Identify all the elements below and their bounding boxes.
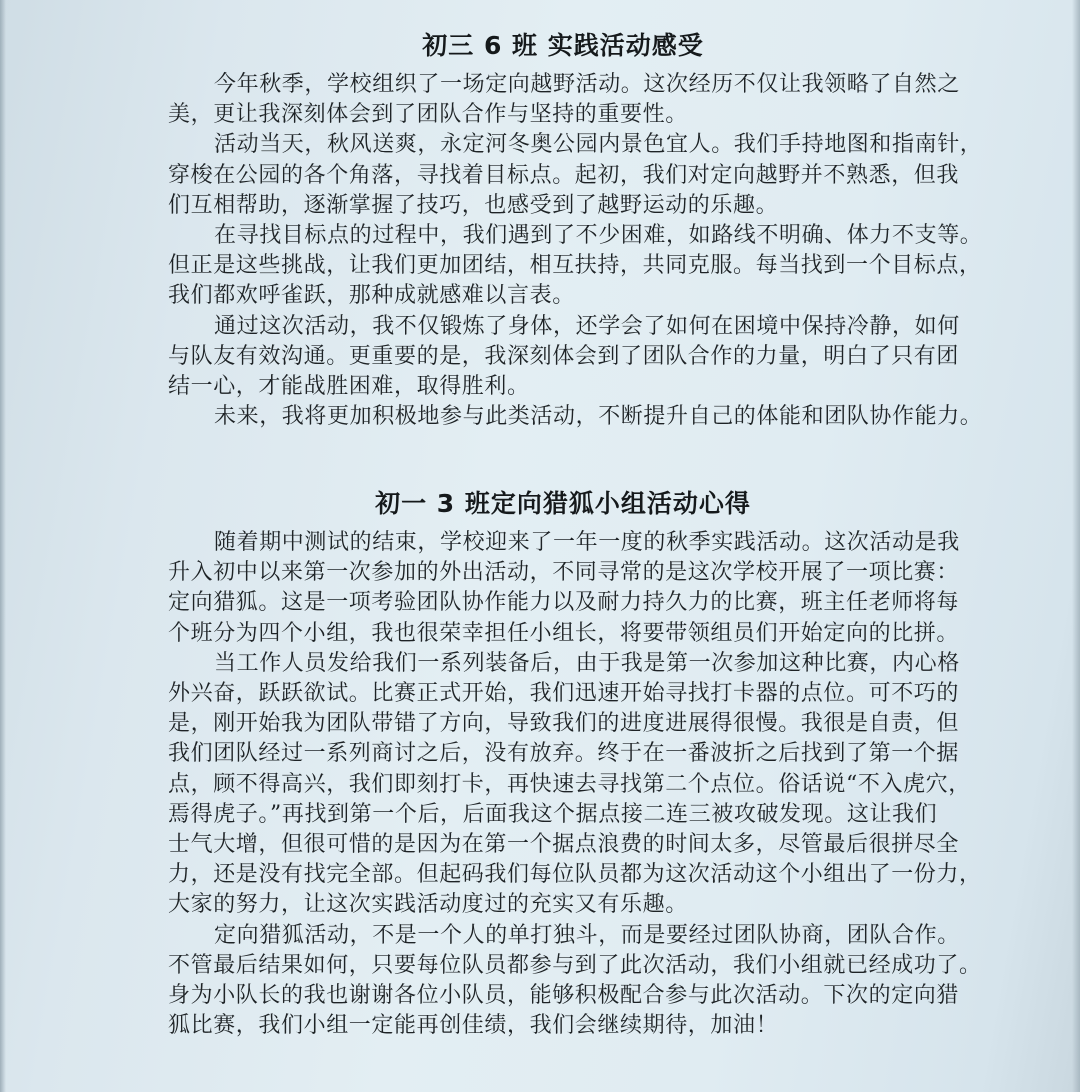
paragraph: 当工作人员发给我们一系列装备后，由于我是第一次参加这种比赛，内心格 外兴奋，跃跃… <box>168 649 938 921</box>
paragraph: 随着期中测试的结束，学校迎来了一年一度的秋季实践活动。这次活动是我 升入初中以来… <box>168 528 938 649</box>
text-line: 士气大增，但很可惜的是因为在第一个据点浪费的时间太多，尽管最后很拼尽全 <box>168 830 938 860</box>
text-line: 不管最后结果如何，只要每位队员都参与到了此次活动，我们小组就已经成功了。 <box>168 951 938 981</box>
text-line: 升入初中以来第一次参加的外出活动，不同寻常的是这次学校开展了一项比赛： <box>168 558 938 588</box>
text-line: 我们团队经过一系列商讨之后，没有放弃。终于在一番波折之后找到了第一个据 <box>168 739 938 769</box>
text-line: 焉得虎子。”再找到第一个后，后面我这个据点接二连三被攻破发现。这让我们 <box>168 800 938 830</box>
text-line: 身为小队长的我也谢谢各位小队员，能够积极配合参与此次活动。下次的定向猎 <box>168 981 938 1011</box>
article-title: 初三 6 班 实践活动感受 <box>168 28 938 64</box>
text-line: 今年秋季，学校组织了一场定向越野活动。这次经历不仅让我领略了自然之 <box>168 70 938 100</box>
text-line: 定向猎狐活动，不是一个人的单打独斗，而是要经过团队协商，团队合作。 <box>168 921 938 951</box>
text-line: 力，还是没有找完全部。但起码我们每位队员都为这次活动这个小组出了一份力， <box>168 860 938 890</box>
article-title: 初一 3 班定向猎狐小组活动心得 <box>168 486 938 522</box>
paragraph: 今年秋季，学校组织了一场定向越野活动。这次经历不仅让我领略了自然之 美，更让我深… <box>168 70 938 130</box>
text-line: 当工作人员发给我们一系列装备后，由于我是第一次参加这种比赛，内心格 <box>168 649 938 679</box>
paragraph: 活动当天，秋风送爽，永定河冬奥公园内景色宜人。我们手持地图和指南针， 穿梭在公园… <box>168 130 938 221</box>
text-line: 结一心，才能战胜困难，取得胜利。 <box>168 372 938 402</box>
text-line: 活动当天，秋风送爽，永定河冬奥公园内景色宜人。我们手持地图和指南针， <box>168 130 938 160</box>
text-line: 定向猎狐。这是一项考验团队协作能力以及耐力持久力的比赛，班主任老师将每 <box>168 588 938 618</box>
paragraph: 在寻找目标点的过程中，我们遇到了不少困难，如路线不明确、体力不支等。 但正是这些… <box>168 221 938 312</box>
text-line: 未来，我将更加积极地参与此类活动，不断提升自己的体能和团队协作能力。 <box>168 402 938 432</box>
text-line: 美，更让我深刻体会到了团队合作与坚持的重要性。 <box>168 100 938 130</box>
text-line: 与队友有效沟通。更重要的是，我深刻体会到了团队合作的力量，明白了只有团 <box>168 342 938 372</box>
paper-edge-left <box>0 0 6 1092</box>
text-line: 大家的努力，让这次实践活动度过的充实又有乐趣。 <box>168 890 938 920</box>
text-line: 外兴奋，跃跃欲试。比赛正式开始，我们迅速开始寻找打卡器的点位。可不巧的 <box>168 679 938 709</box>
text-line: 随着期中测试的结束，学校迎来了一年一度的秋季实践活动。这次活动是我 <box>168 528 938 558</box>
text-line: 们互相帮助，逐渐掌握了技巧，也感受到了越野运动的乐趣。 <box>168 191 938 221</box>
text-line: 点，顾不得高兴，我们即刻打卡，再快速去寻找第二个点位。俗话说“不入虎穴， <box>168 770 938 800</box>
text-line: 狐比赛，我们小组一定能再创佳绩，我们会继续期待，加油！ <box>168 1011 938 1041</box>
paper-edge-right <box>1072 0 1080 1092</box>
paragraph: 未来，我将更加积极地参与此类活动，不断提升自己的体能和团队协作能力。 <box>168 402 938 432</box>
text-line: 是，刚开始我为团队带错了方向，导致我们的进度进展得很慢。我很是自责，但 <box>168 709 938 739</box>
text-line: 但正是这些挑战，让我们更加团结，相互扶持，共同克服。每当找到一个目标点， <box>168 251 938 281</box>
paragraph: 通过这次活动，我不仅锻炼了身体，还学会了如何在困境中保持冷静，如何 与队友有效沟… <box>168 312 938 403</box>
paragraph: 定向猎狐活动，不是一个人的单打独斗，而是要经过团队协商，团队合作。 不管最后结果… <box>168 921 938 1042</box>
text-line: 穿梭在公园的各个角落，寻找着目标点。起初，我们对定向越野并不熟悉，但我 <box>168 161 938 191</box>
text-line: 在寻找目标点的过程中，我们遇到了不少困难，如路线不明确、体力不支等。 <box>168 221 938 251</box>
article-grade9-class6: 初三 6 班 实践活动感受 今年秋季，学校组织了一场定向越野活动。这次经历不仅让… <box>168 28 938 432</box>
text-line: 通过这次活动，我不仅锻炼了身体，还学会了如何在困境中保持冷静，如何 <box>168 312 938 342</box>
article-grade7-class3: 初一 3 班定向猎狐小组活动心得 随着期中测试的结束，学校迎来了一年一度的秋季实… <box>168 486 938 1041</box>
text-line: 个班分为四个小组，我也很荣幸担任小组长，将要带领组员们开始定向的比拼。 <box>168 619 938 649</box>
text-line: 我们都欢呼雀跃，那种成就感难以言表。 <box>168 281 938 311</box>
